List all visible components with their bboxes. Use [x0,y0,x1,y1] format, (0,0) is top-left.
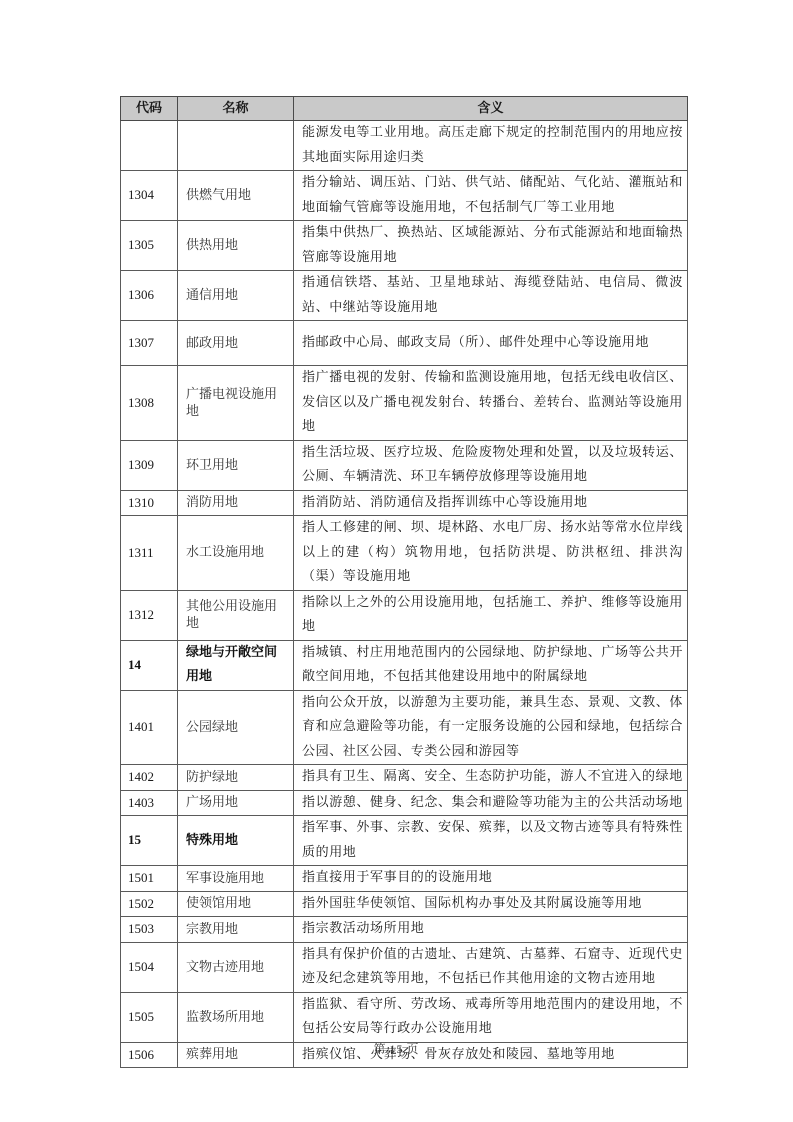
cell-code: 1307 [121,321,178,366]
cell-name: 环卫用地 [178,440,294,490]
cell-description: 指生活垃圾、医疗垃圾、危险废物处理和处置，以及垃圾转运、公厕、车辆清洗、环卫车辆… [294,440,688,490]
table-body: 能源发电等工业用地。高压走廊下规定的控制范围内的用地应按其地面实际用途归类 13… [121,121,688,1068]
cell-name: 其他公用设施用地 [178,590,294,640]
cell-name [178,121,294,171]
cell-description: 能源发电等工业用地。高压走廊下规定的控制范围内的用地应按其地面实际用途归类 [294,121,688,171]
cell-name: 供热用地 [178,221,294,271]
document-page: 代码 名称 含义 能源发电等工业用地。高压走廊下规定的控制范围内的用地应按其地面… [0,0,793,1122]
cell-name: 使领馆用地 [178,891,294,917]
header-description: 含义 [294,97,688,121]
cell-name: 供燃气用地 [178,171,294,221]
cell-description: 指人工修建的闸、坝、堤林路、水电厂房、扬水站等常水位岸线以上的建（构）筑物用地，… [294,516,688,591]
table-row: 1305供热用地指集中供热厂、换热站、区域能源站、分布式能源站和地面输热管廊等设… [121,221,688,271]
cell-code: 1304 [121,171,178,221]
cell-name: 监教场所用地 [178,992,294,1042]
cell-name: 文物古迹用地 [178,942,294,992]
cell-description: 指城镇、村庄用地范围内的公园绿地、防护绿地、广场等公共开敞空间用地，不包括其他建… [294,640,688,690]
cell-description: 指除以上之外的公用设施用地，包括施工、养护、维修等设施用地 [294,590,688,640]
cell-code: 1503 [121,917,178,943]
land-use-classification-table: 代码 名称 含义 能源发电等工业用地。高压走廊下规定的控制范围内的用地应按其地面… [120,96,688,1068]
table-row: 1501军事设施用地指直接用于军事目的的设施用地 [121,866,688,892]
cell-code: 1505 [121,992,178,1042]
cell-description: 指军事、外事、宗教、安保、殡葬，以及文物古迹等具有特殊性质的用地 [294,816,688,866]
cell-name: 宗教用地 [178,917,294,943]
cell-description: 指广播电视的发射、传输和监测设施用地，包括无线电收信区、发信区以及广播电视发射台… [294,366,688,441]
table-row: 1310消防用地指消防站、消防通信及指挥训练中心等设施用地 [121,490,688,516]
cell-description: 指邮政中心局、邮政支局（所）、邮件处理中心等设施用地 [294,321,688,366]
cell-code: 1501 [121,866,178,892]
cell-description: 指外国驻华使领馆、国际机构办事处及其附属设施等用地 [294,891,688,917]
cell-name: 防护绿地 [178,765,294,791]
table-row: 1307邮政用地指邮政中心局、邮政支局（所）、邮件处理中心等设施用地 [121,321,688,366]
cell-code: 1312 [121,590,178,640]
table-row-category: 14绿地与开敞空间用地指城镇、村庄用地范围内的公园绿地、防护绿地、广场等公共开敞… [121,640,688,690]
cell-description: 指分输站、调压站、门站、供气站、储配站、气化站、灌瓶站和地面输气管廊等设施用地，… [294,171,688,221]
page-number: 15 [390,1042,404,1056]
cell-code: 1310 [121,490,178,516]
table-row: 1502使领馆用地指外国驻华使领馆、国际机构办事处及其附属设施等用地 [121,891,688,917]
cell-description: 指具有保护价值的古遗址、古建筑、古墓葬、石窟寺、近现代史迹及纪念建筑等用地，不包… [294,942,688,992]
cell-description: 指通信铁塔、基站、卫星地球站、海缆登陆站、电信局、微波站、中继站等设施用地 [294,271,688,321]
table-row: 能源发电等工业用地。高压走廊下规定的控制范围内的用地应按其地面实际用途归类 [121,121,688,171]
cell-code: 1306 [121,271,178,321]
table-row-category: 15特殊用地指军事、外事、宗教、安保、殡葬，以及文物古迹等具有特殊性质的用地 [121,816,688,866]
table-row: 1311水工设施用地指人工修建的闸、坝、堤林路、水电厂房、扬水站等常水位岸线以上… [121,516,688,591]
cell-code: 1305 [121,221,178,271]
cell-description: 指向公众开放，以游憩为主要功能，兼具生态、景观、文教、体育和应急避险等功能，有一… [294,690,688,765]
table-header-row: 代码 名称 含义 [121,97,688,121]
cell-name: 邮政用地 [178,321,294,366]
page-number-suffix: 页 [407,1042,420,1056]
cell-code: 1309 [121,440,178,490]
cell-name: 水工设施用地 [178,516,294,591]
cell-description: 指直接用于军事目的的设施用地 [294,866,688,892]
cell-description: 指消防站、消防通信及指挥训练中心等设施用地 [294,490,688,516]
cell-name: 公园绿地 [178,690,294,765]
cell-name: 特殊用地 [178,816,294,866]
cell-description: 指宗教活动场所用地 [294,917,688,943]
cell-description: 指集中供热厂、换热站、区域能源站、分布式能源站和地面输热管廊等设施用地 [294,221,688,271]
cell-description: 指以游憩、健身、纪念、集会和避险等功能为主的公共活动场地 [294,790,688,816]
cell-code: 1403 [121,790,178,816]
cell-description: 指具有卫生、隔离、安全、生态防护功能，游人不宜进入的绿地 [294,765,688,791]
cell-code: 1502 [121,891,178,917]
cell-name: 广场用地 [178,790,294,816]
cell-name: 军事设施用地 [178,866,294,892]
table-row: 1505监教场所用地指监狱、看守所、劳改场、戒毒所等用地范围内的建设用地，不包括… [121,992,688,1042]
cell-code: 1308 [121,366,178,441]
table-row: 1401公园绿地指向公众开放，以游憩为主要功能，兼具生态、景观、文教、体育和应急… [121,690,688,765]
cell-code: 14 [121,640,178,690]
cell-code: 1401 [121,690,178,765]
cell-code [121,121,178,171]
page-number-prefix: 第 [373,1042,386,1056]
table-row: 1504文物古迹用地指具有保护价值的古遗址、古建筑、古墓葬、石窟寺、近现代史迹及… [121,942,688,992]
table-row: 1503宗教用地指宗教活动场所用地 [121,917,688,943]
cell-code: 15 [121,816,178,866]
cell-name: 通信用地 [178,271,294,321]
header-code: 代码 [121,97,178,121]
table-row: 1403广场用地指以游憩、健身、纪念、集会和避险等功能为主的公共活动场地 [121,790,688,816]
table-row: 1308广播电视设施用地指广播电视的发射、传输和监测设施用地，包括无线电收信区、… [121,366,688,441]
table-row: 1306通信用地指通信铁塔、基站、卫星地球站、海缆登陆站、电信局、微波站、中继站… [121,271,688,321]
cell-name: 消防用地 [178,490,294,516]
header-name: 名称 [178,97,294,121]
table-row: 1304供燃气用地指分输站、调压站、门站、供气站、储配站、气化站、灌瓶站和地面输… [121,171,688,221]
page-footer: 第15页 [0,1040,793,1057]
table-row: 1309环卫用地指生活垃圾、医疗垃圾、危险废物处理和处置，以及垃圾转运、公厕、车… [121,440,688,490]
cell-name: 绿地与开敞空间用地 [178,640,294,690]
cell-code: 1504 [121,942,178,992]
cell-description: 指监狱、看守所、劳改场、戒毒所等用地范围内的建设用地，不包括公安局等行政办公设施… [294,992,688,1042]
cell-code: 1311 [121,516,178,591]
table-row: 1312其他公用设施用地指除以上之外的公用设施用地，包括施工、养护、维修等设施用… [121,590,688,640]
table-row: 1402防护绿地指具有卫生、隔离、安全、生态防护功能，游人不宜进入的绿地 [121,765,688,791]
cell-code: 1402 [121,765,178,791]
cell-name: 广播电视设施用地 [178,366,294,441]
